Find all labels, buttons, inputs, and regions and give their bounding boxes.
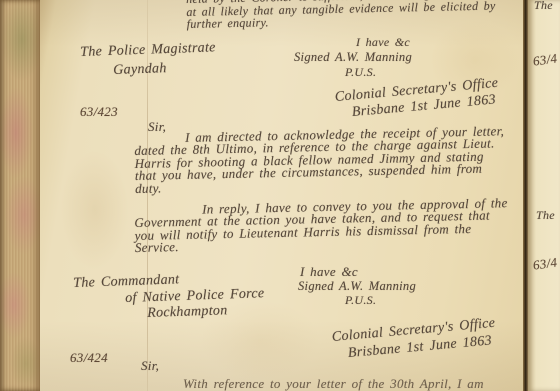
- signature-title: P.U.S.: [345, 293, 376, 308]
- valediction: I have &c: [356, 35, 410, 50]
- salutation: Sir,: [141, 358, 159, 374]
- letter-body-paragraph: I am directed to acknowledge the receipt…: [134, 125, 505, 195]
- signature: Signed A.W. Manning: [298, 279, 416, 294]
- valediction: I have &c: [300, 264, 358, 280]
- facing-page-fragment: 63/4: [532, 254, 558, 273]
- signature-title: P.U.S.: [345, 65, 376, 80]
- facing-page-fragment: The: [534, 0, 553, 13]
- facing-page-fragment: 63/4: [532, 50, 558, 69]
- letter-body-paragraph: In reply, I have to convey to you the ap…: [134, 197, 508, 254]
- facing-page-fragment: The: [536, 208, 555, 223]
- ref-number: 63/424: [70, 350, 108, 366]
- addressee-line: Gayndah: [113, 61, 167, 79]
- addressee-line: Rockhampton: [147, 303, 228, 322]
- signature: Signed A.W. Manning: [294, 50, 412, 65]
- ref-number: 63/423: [80, 104, 118, 120]
- book-fore-edge: [0, 0, 40, 391]
- letterbook-scan: held by the Coroner is sufficient, it no…: [0, 0, 560, 391]
- body-line: With reference to your letter of the 30t…: [183, 376, 484, 391]
